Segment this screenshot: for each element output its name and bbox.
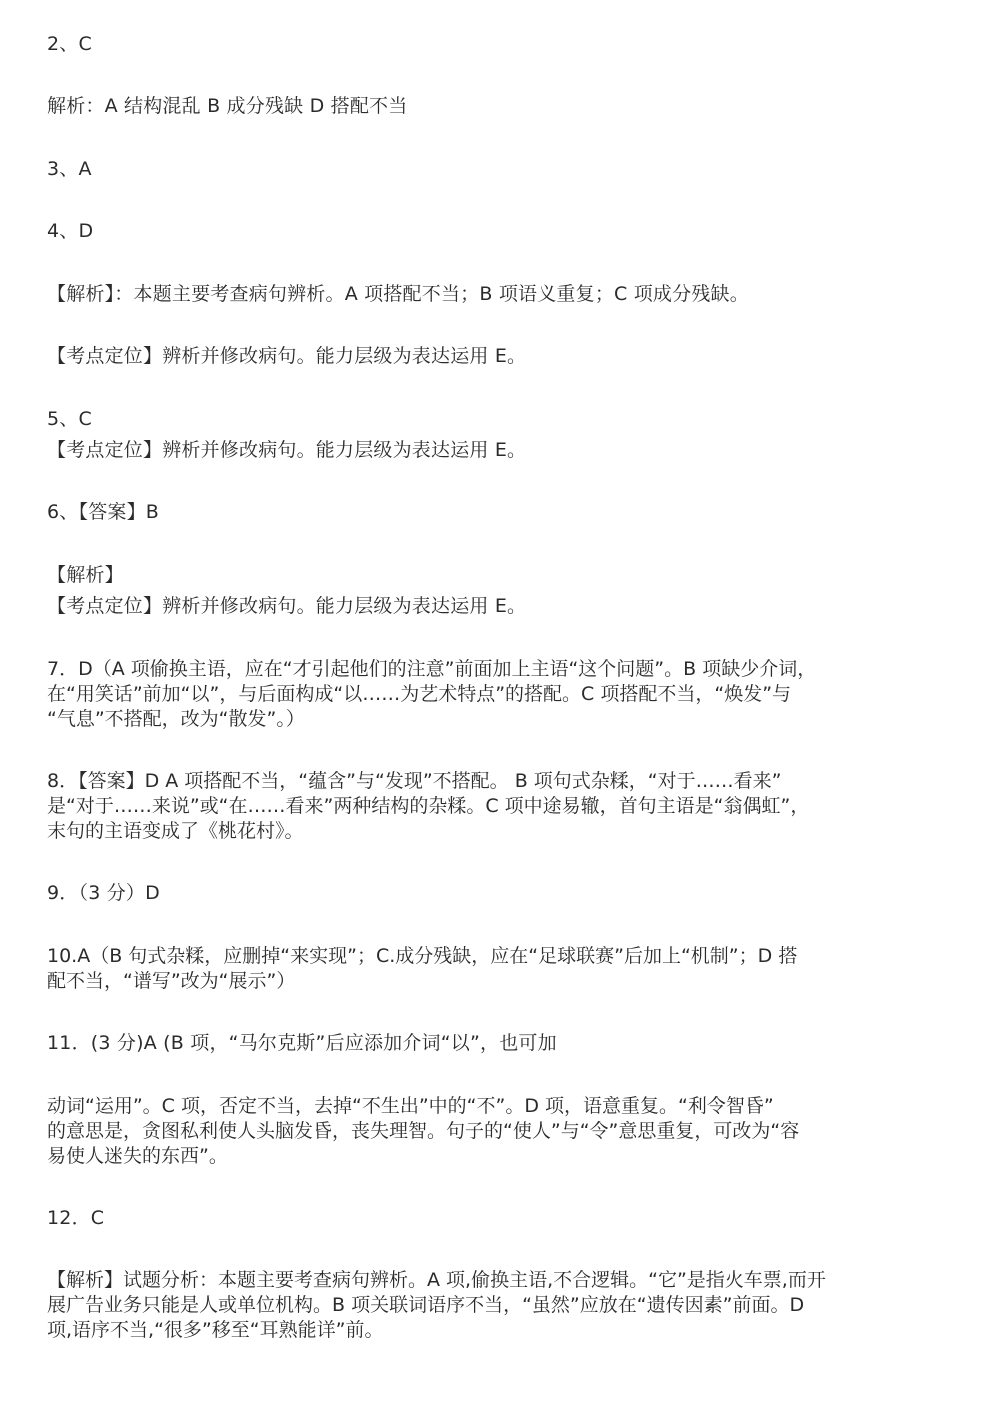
q7-line: “气息”不搭配，改为“散发”。）: [47, 707, 947, 732]
q3-answer: 3、A: [47, 157, 947, 182]
q2-answer: 2、C: [47, 32, 947, 57]
q10-explanation: 10.A（B 句式杂糅，应删掉“来实现”；C.成分残缺，应在“足球联赛”后加上“…: [47, 944, 947, 994]
q11-explanation: 动词“运用”。C 项，否定不当，去掉“不生出”中的“不”。D 项，语意重复。“利…: [47, 1094, 947, 1169]
q7-line: 7．D（A 项偷换主语，应在“才引起他们的注意”前面加上主语“这个问题”。B 项…: [47, 657, 947, 682]
q8-line: 是“对于……来说”或“在……看来”两种结构的杂糅。C 项中途易辙，首句主语是“翁…: [47, 794, 947, 819]
q11-answer: 11．(3 分)A (B 项，“马尔克斯”后应添加介词“以”，也可加: [47, 1031, 947, 1056]
q4-exam-point: 【考点定位】辨析并修改病句。能力层级为表达运用 E。: [47, 344, 947, 369]
q8-explanation: 8．【答案】D A 项搭配不当，“蕴含”与“发现”不搭配。 B 项句式杂糅，“对…: [47, 769, 947, 844]
q4-answer: 4、D: [47, 219, 947, 244]
q2-analysis: 解析：A 结构混乱 B 成分残缺 D 搭配不当: [47, 94, 947, 119]
q12-line: 项,语序不当,“很多”移至“耳熟能详”前。: [47, 1318, 947, 1343]
q8-line: 末句的主语变成了《桃花村》。: [47, 819, 947, 844]
q7-explanation: 7．D（A 项偷换主语，应在“才引起他们的注意”前面加上主语“这个问题”。B 项…: [47, 657, 947, 732]
q12-analysis: 【解析】试题分析：本题主要考查病句辨析。A 项,偷换主语,不合逻辑。“它”是指火…: [47, 1268, 947, 1343]
q5-exam-point: 【考点定位】辨析并修改病句。能力层级为表达运用 E。: [47, 438, 947, 463]
q12-answer: 12．C: [47, 1206, 947, 1231]
q11-line: 动词“运用”。C 项，否定不当，去掉“不生出”中的“不”。D 项，语意重复。“利…: [47, 1094, 947, 1119]
q12-line: 【解析】试题分析：本题主要考查病句辨析。A 项,偷换主语,不合逻辑。“它”是指火…: [47, 1268, 947, 1293]
q8-line: 8．【答案】D A 项搭配不当，“蕴含”与“发现”不搭配。 B 项句式杂糅，“对…: [47, 769, 947, 794]
q12-line: 展广告业务只能是人或单位机构。B 项关联词语序不当，“虽然”应放在“遗传因素”前…: [47, 1293, 947, 1318]
q6-answer: 6、【答案】B: [47, 500, 947, 525]
q6-analysis: 【解析】: [47, 563, 947, 588]
q5-answer: 5、C: [47, 407, 947, 432]
q9-answer: 9．（3 分）D: [47, 881, 947, 906]
q11-line: 易使人迷失的东西”。: [47, 1144, 947, 1169]
q10-line: 配不当，“谱写”改为“展示”）: [47, 969, 947, 994]
q4-analysis: 【解析】：本题主要考查病句辨析。A 项搭配不当；B 项语义重复；C 项成分残缺。: [47, 282, 947, 307]
q11-line: 的意思是，贪图私利使人头脑发昏，丧失理智。句子的“使人”与“令”意思重复，可改为…: [47, 1119, 947, 1144]
q7-line: 在“用笑话”前加“以”，与后面构成“以……为艺术特点”的搭配。C 项搭配不当，“…: [47, 682, 947, 707]
q6-exam-point: 【考点定位】辨析并修改病句。能力层级为表达运用 E。: [47, 594, 947, 619]
q10-line: 10.A（B 句式杂糅，应删掉“来实现”；C.成分残缺，应在“足球联赛”后加上“…: [47, 944, 947, 969]
